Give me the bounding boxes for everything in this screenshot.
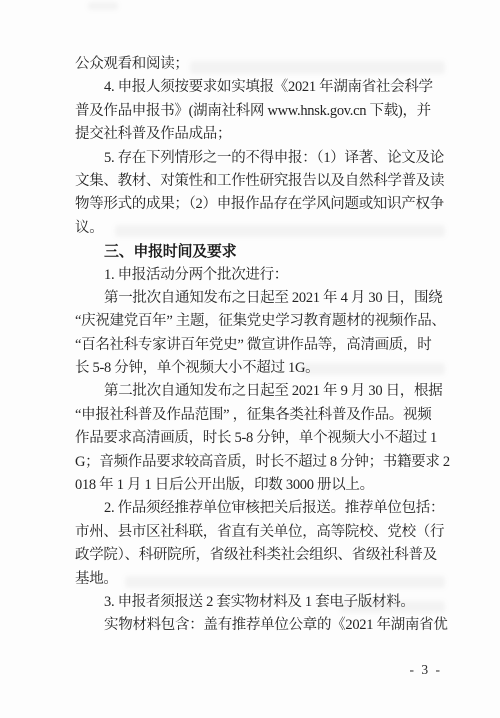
- doc-line: “庆祝建党百年” 主题，征集党史学习教育题材的视频作品、: [75, 310, 447, 333]
- section-heading: 三、申报时间及要求: [75, 240, 447, 263]
- doc-line: “申报社科普及作品范围” ，征集各类社科普及作品。视频: [75, 404, 447, 427]
- doc-line: G；音频作品要求较高音质，时长不超过 8 分钟；书籍要求 2: [75, 451, 447, 474]
- doc-line: 实物材料包含：盖有推荐单位公章的《2021 年湖南省优: [75, 614, 447, 637]
- doc-line: 文集、教材、对策性和工作性研究报告以及自然科学普及读: [75, 170, 447, 193]
- page-number: - 3 -: [410, 662, 443, 678]
- document-page: 公众观看和阅读； 4. 申报人须按要求如实填报《2021 年湖南省社会科学 普及…: [0, 0, 500, 718]
- doc-line: 政学院）、科研院所，省级社科类社会组织、省级社科普及: [75, 544, 447, 567]
- doc-line: 公众观看和阅读；: [75, 53, 447, 76]
- doc-line: 普及作品申报书》(湖南社科网 www.hnsk.gov.cn 下载)，并: [75, 100, 447, 123]
- doc-line: 4. 申报人须按要求如实填报《2021 年湖南省社会科学: [75, 76, 447, 99]
- doc-line: 第二批次自通知发布之日起至 2021 年 9 月 30 日，根据: [75, 380, 447, 403]
- doc-line: 1. 申报活动分两个批次进行：: [75, 264, 447, 287]
- doc-line: 基地。: [75, 568, 447, 591]
- doc-line: 市州、县市区社科联，省直有关单位，高等院校、党校（行: [75, 521, 447, 544]
- doc-line: 2. 作品须经推荐单位审核把关后报送。推荐单位包括：: [75, 497, 447, 520]
- doc-line: 长 5-8 分钟，单个视频大小不超过 1G。: [75, 357, 447, 380]
- doc-line: 作品要求高清画质，时长 5-8 分钟，单个视频大小不超过 1: [75, 427, 447, 450]
- doc-line: 第一批次自通知发布之日起至 2021 年 4 月 30 日，围绕: [75, 287, 447, 310]
- doc-line: “百名社科专家讲百年党史” 微宣讲作品等，高清画质，时: [75, 334, 447, 357]
- scan-artifact: [88, 2, 118, 10]
- doc-line: 物等形式的成果；（2）申报作品存在学风问题或知识产权争: [75, 193, 447, 216]
- doc-line: 018 年 1 月 1 日后公开出版，印数 3000 册以上。: [75, 474, 447, 497]
- body-text: 公众观看和阅读； 4. 申报人须按要求如实填报《2021 年湖南省社会科学 普及…: [75, 53, 447, 638]
- doc-line: 5. 存在下列情形之一的不得申报：（1）译著、论文及论: [75, 147, 447, 170]
- doc-line: 议。: [75, 217, 447, 240]
- doc-line: 3. 申报者须报送 2 套实物材料及 1 套电子版材料。: [75, 591, 447, 614]
- doc-line: 提交社科普及作品成品；: [75, 123, 447, 146]
